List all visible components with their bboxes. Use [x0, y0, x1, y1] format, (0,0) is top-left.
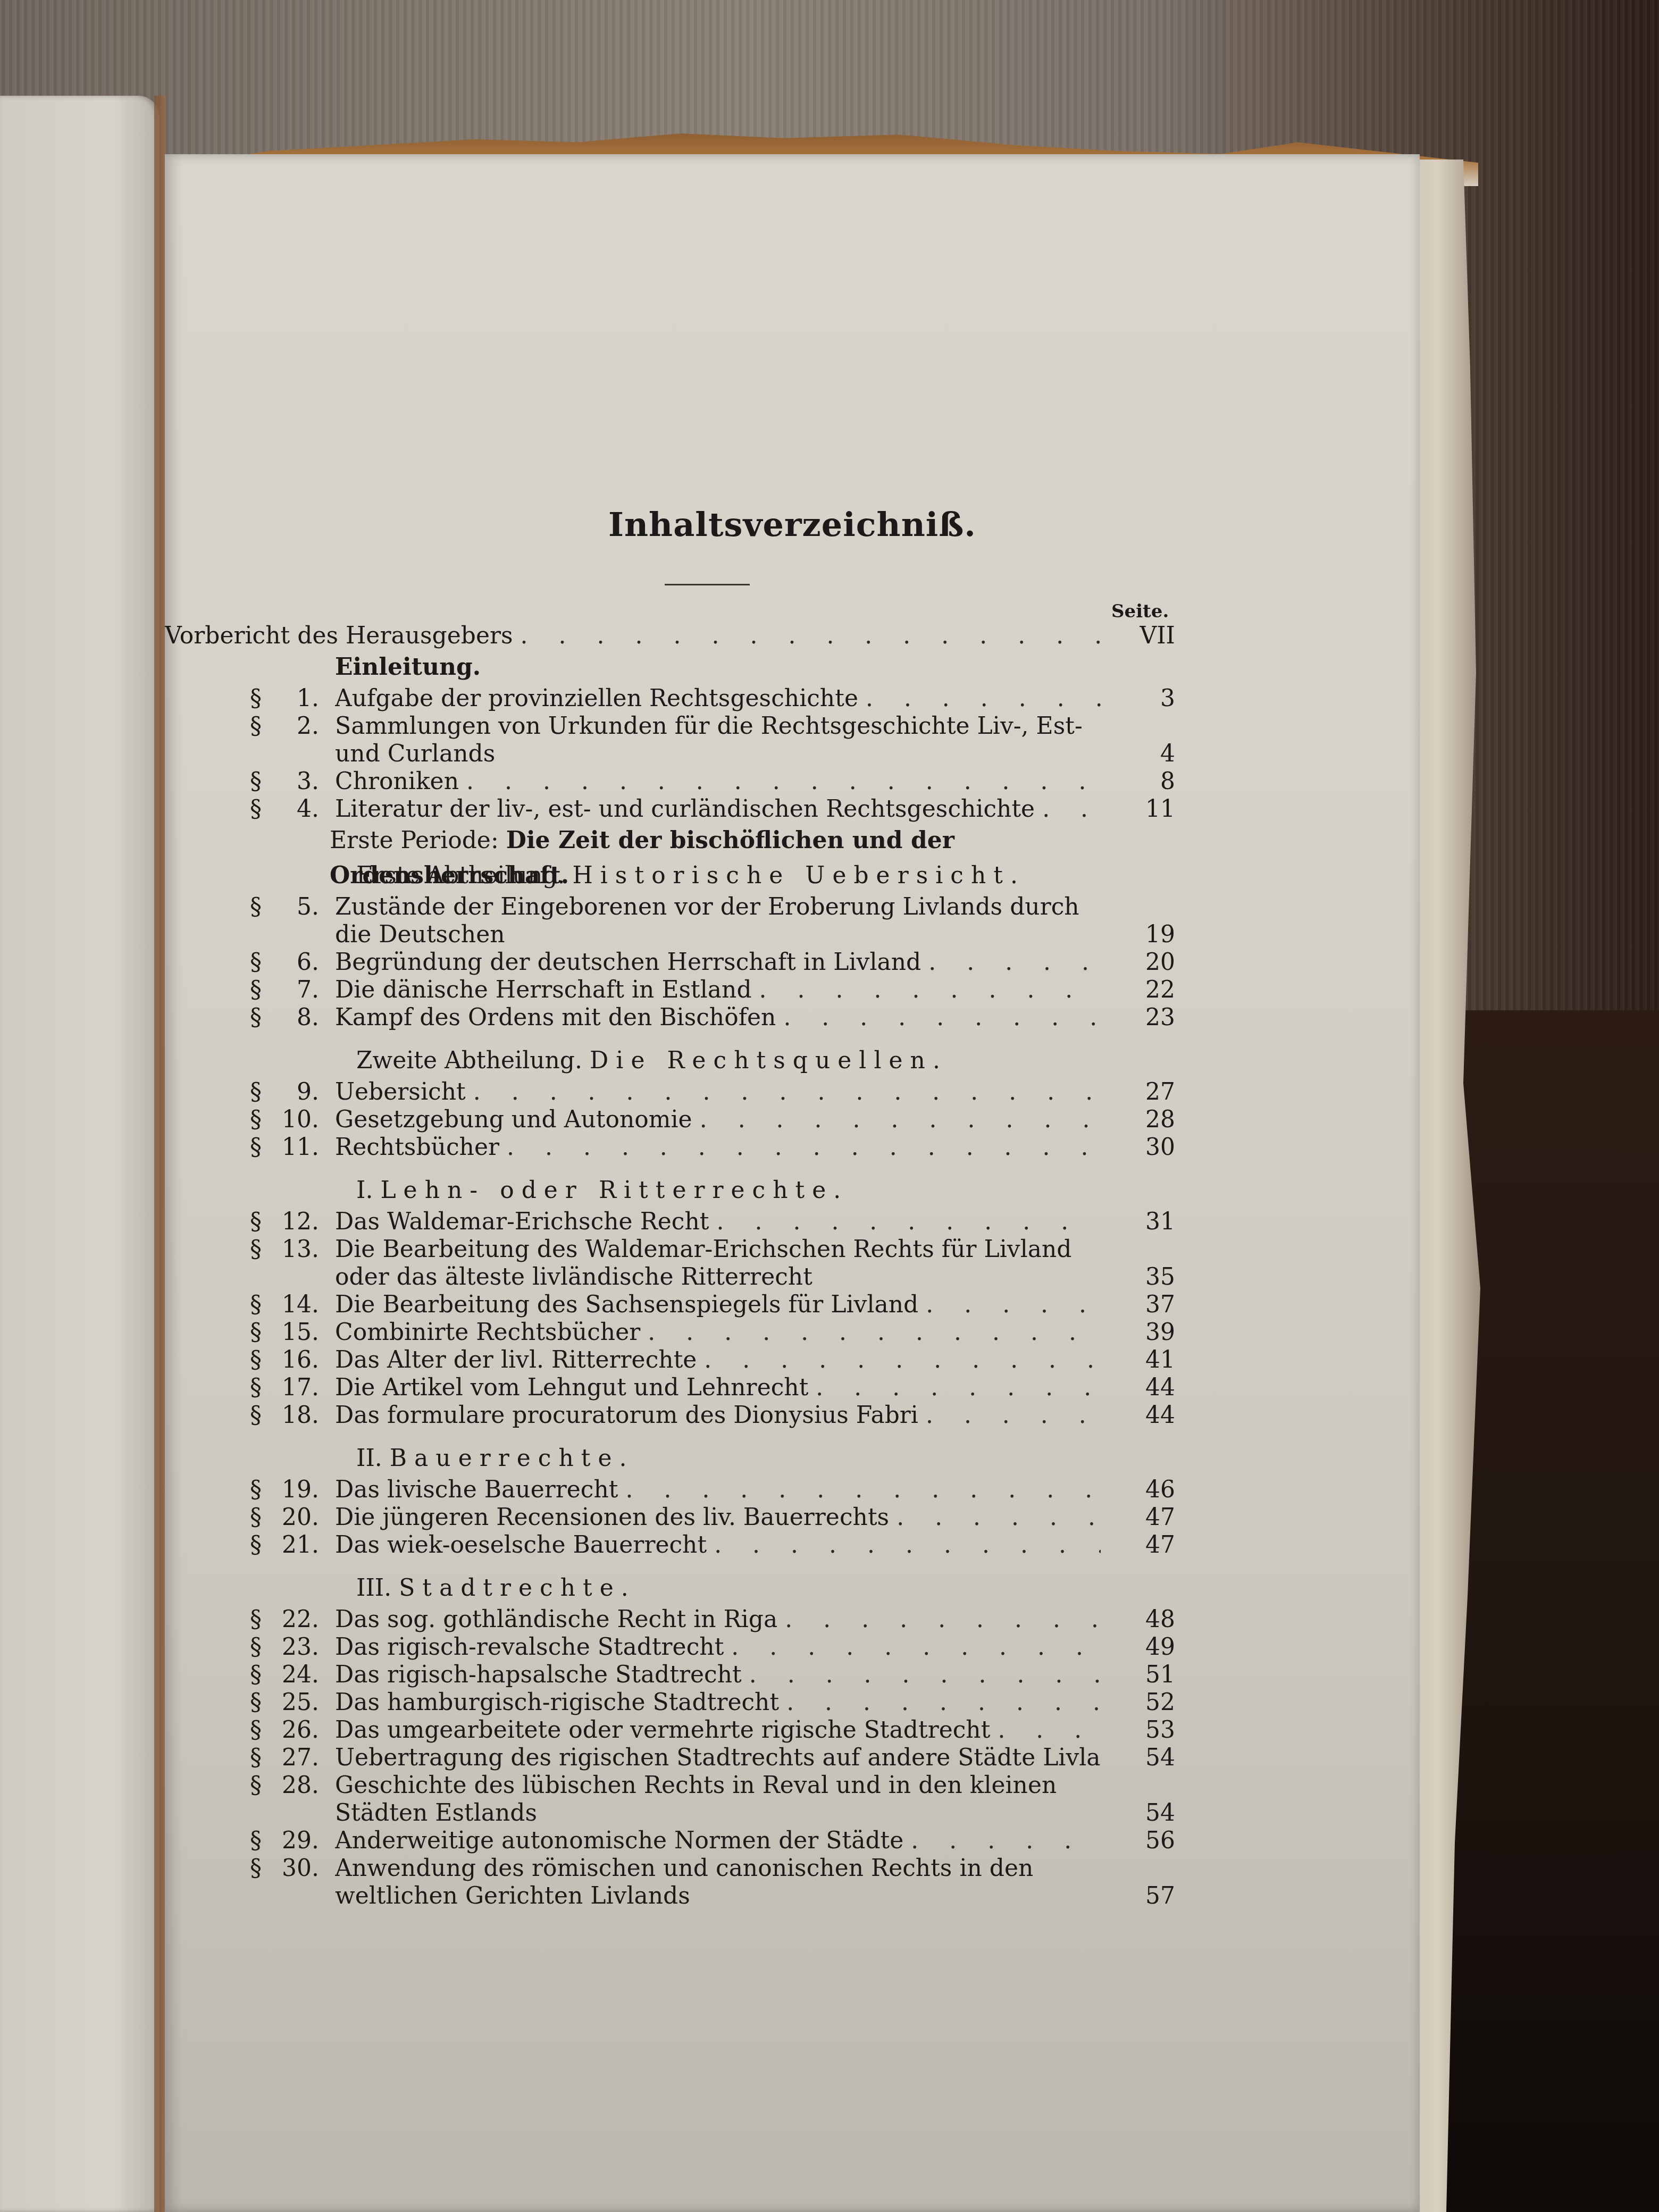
entry-text: Uebertragung des rigischen Stadtrechts a… — [335, 1744, 1101, 1771]
toc-entry[interactable]: § 30. Anwendung des römischen und canoni… — [250, 1855, 1175, 1910]
division-heading-2: Zweite Abtheilung. Die Rechtsquellen. — [250, 1043, 1175, 1078]
entry-page: 28 — [1111, 1106, 1175, 1134]
page-title: Inhaltsverzeichniß. — [165, 505, 1420, 544]
entry-page: VII — [1111, 622, 1175, 650]
entry-page: 4 — [1111, 740, 1175, 768]
group-numeral: II. — [356, 1445, 382, 1472]
entry-text: Zustände der Eingeborenen vor der Erober… — [335, 893, 1101, 949]
dot-leader: . . . . . . . . . . . . . . . . . . . . … — [700, 1106, 1101, 1133]
toc-entry[interactable]: § 6. Begründung der deutschen Herrschaft… — [250, 949, 1175, 976]
toc-entry[interactable]: § 20. Die jüngeren Recensionen des liv. … — [250, 1504, 1175, 1531]
page-column-header: Seite. — [1111, 601, 1169, 622]
entry-page: 54 — [1111, 1799, 1175, 1827]
entry-number: 9. — [271, 1078, 319, 1106]
entry-number: 12. — [271, 1208, 319, 1236]
entry-page: 47 — [1111, 1531, 1175, 1559]
entry-text: Uebersicht — [335, 1078, 466, 1105]
entry-number: 29. — [271, 1827, 319, 1855]
dot-leader: . . . . . . . . . . . . . . . . . . . . … — [759, 976, 1101, 1003]
entry-text: Gesetzgebung und Autonomie — [335, 1106, 692, 1133]
toc-entry[interactable]: § 29. Anderweitige autonomische Normen d… — [250, 1827, 1175, 1855]
entry-text: Das rigisch-revalsche Stadtrecht — [335, 1633, 724, 1661]
toc-entry[interactable]: § 15. Combinirte Rechtsbücher . . . . . … — [250, 1319, 1175, 1346]
group-heading-lehnrechte: I. Lehn- oder Ritterrechte. — [250, 1173, 1175, 1208]
entry-text: Das Alter der livl. Ritterrechte — [335, 1346, 697, 1373]
dot-leader: . . . . . . . . . . . . . . . . . . . . … — [786, 1689, 1101, 1716]
entry-page: 11 — [1111, 795, 1175, 823]
toc-entry[interactable]: § 28. Geschichte des lübischen Rechts in… — [250, 1772, 1175, 1827]
toc-entry[interactable]: § 22. Das sog. gothländische Recht in Ri… — [250, 1606, 1175, 1633]
toc-entry[interactable]: § 26. Das umgearbeitete oder vermehrte r… — [250, 1716, 1175, 1744]
entry-number: 1. — [271, 685, 319, 713]
entry-page: 44 — [1111, 1374, 1175, 1402]
entry-text: Das hamburgisch-rigische Stadtrecht — [335, 1689, 779, 1716]
entry-page: 57 — [1111, 1882, 1175, 1910]
toc-entry[interactable]: § 7. Die dänische Herrschaft in Estland … — [250, 976, 1175, 1004]
entry-text: Das wiek-oeselsche Bauerrecht — [335, 1531, 707, 1559]
entry-page: 41 — [1111, 1346, 1175, 1374]
group-numeral: III. — [356, 1574, 391, 1602]
entry-text: Das formulare procuratorum des Dionysius… — [335, 1402, 918, 1429]
left-page-verso — [0, 96, 160, 2212]
entry-page: 3 — [1111, 685, 1175, 713]
entry-number: 11. — [271, 1134, 319, 1161]
toc-entry[interactable]: § 19. Das livische Bauerrecht . . . . . … — [250, 1476, 1175, 1504]
entry-page: 44 — [1111, 1402, 1175, 1429]
entry-number: 19. — [271, 1476, 319, 1504]
entry-page: 31 — [1111, 1208, 1175, 1236]
entry-number: 15. — [271, 1319, 319, 1346]
entry-number: 3. — [271, 768, 319, 795]
entry-text: Die Bearbeitung des Sachsenspiegels für … — [335, 1291, 918, 1318]
entry-text: Die dänische Herrschaft in Estland — [335, 976, 752, 1003]
group-title: Stadtrechte. — [399, 1574, 636, 1602]
toc-entry[interactable]: § 9. Uebersicht . . . . . . . . . . . . … — [250, 1078, 1175, 1106]
period-heading: Erste Periode: Die Zeit der bischöfliche… — [250, 823, 1175, 858]
dot-leader: . . . . . . . . . . . . . . . . . . . . … — [866, 685, 1101, 712]
entry-text: Anderweitige autonomische Normen der Stä… — [335, 1827, 903, 1854]
book-page: Inhaltsverzeichniß. Seite. Vorbericht de… — [165, 154, 1420, 2212]
entry-page: 49 — [1111, 1633, 1175, 1661]
group-title: Lehn- oder Ritterrechte. — [380, 1177, 848, 1204]
dot-leader: . . . . . . . . . . . . . . . . . . . . … — [731, 1633, 1101, 1661]
dot-leader: . . . . . . . . . . . . . . . . . . . . … — [998, 1716, 1101, 1744]
dot-leader: . . . . . . . . . . . . . . . . . . . . … — [1042, 795, 1101, 823]
division-title: Historische Uebersicht. — [572, 862, 1025, 889]
entry-page: 46 — [1111, 1476, 1175, 1504]
entry-text: Das rigisch-hapsalsche Stadtrecht — [335, 1661, 742, 1688]
division-title: Die Rechtsquellen. — [590, 1047, 948, 1074]
entry-text: Combinirte Rechtsbücher — [335, 1319, 640, 1346]
entry-number: 25. — [271, 1689, 319, 1716]
dot-leader: . . . . . . . . . . . . . . . . . . . . … — [507, 1134, 1101, 1161]
entry-number: 21. — [271, 1531, 319, 1559]
entry-number: 13. — [271, 1236, 319, 1263]
entry-number: 20. — [271, 1504, 319, 1531]
entry-page: 53 — [1111, 1716, 1175, 1744]
section-heading-einleitung: Einleitung. — [250, 650, 1175, 685]
entry-page: 20 — [1111, 949, 1175, 976]
dot-leader: . . . . . . . . . . . . . . . . . . . . … — [714, 1531, 1101, 1559]
toc-entry[interactable]: § 16. Das Alter der livl. Ritterrechte .… — [250, 1346, 1175, 1374]
dot-leader: . . . . . . . . . . . . . . . . . . . . … — [896, 1504, 1101, 1531]
entry-page: 39 — [1111, 1319, 1175, 1346]
entry-number: 30. — [271, 1855, 319, 1882]
entry-number: 2. — [271, 713, 319, 740]
dot-leader: . . . . . . . . . . . . . . . . . . . . … — [783, 1004, 1101, 1031]
dot-leader: . . . . . . . . . . . . . . . . . . . . … — [928, 949, 1101, 976]
entry-number: 6. — [271, 949, 319, 976]
entry-text: Aufgabe der provinziellen Rechtsgeschich… — [335, 685, 858, 712]
title-rule — [665, 584, 750, 585]
entry-page: 8 — [1111, 768, 1175, 795]
entry-page: 51 — [1111, 1661, 1175, 1689]
dot-leader: . . . . . . . . . . . . . . . . . . . . … — [473, 1078, 1101, 1105]
division-heading-1: Erste Abtheilung. Historische Uebersicht… — [250, 858, 1175, 893]
entry-number: 7. — [271, 976, 319, 1004]
entry-page: 37 — [1111, 1291, 1175, 1319]
entry-text: Das Waldemar-Erichsche Recht — [335, 1208, 709, 1235]
toc-entry[interactable]: § 24. Das rigisch-hapsalsche Stadtrecht … — [250, 1661, 1175, 1689]
toc-entry[interactable]: § 10. Gesetzgebung und Autonomie . . . .… — [250, 1106, 1175, 1134]
toc-entry-vorbericht[interactable]: Vorbericht des Herausgebers . . . . . . … — [165, 622, 1175, 650]
entry-page: 23 — [1111, 1004, 1175, 1032]
dot-leader: . . . . . . . . . . . . . . . . . . . . … — [911, 1827, 1101, 1854]
toc-list: Vorbericht des Herausgebers . . . . . . … — [250, 622, 1175, 1910]
toc-entry[interactable]: § 14. Die Bearbeitung des Sachsenspiegel… — [250, 1291, 1175, 1319]
entry-text: Geschichte des lübischen Rechts in Reval… — [335, 1772, 1101, 1827]
entry-number: 28. — [271, 1772, 319, 1799]
entry-page: 35 — [1111, 1263, 1175, 1291]
toc-entry[interactable]: § 21. Das wiek-oeselsche Bauerrecht . . … — [250, 1531, 1175, 1559]
entry-text: Das sog. gothländische Recht in Riga — [335, 1606, 777, 1633]
entry-text: Kampf des Ordens mit den Bischöfen — [335, 1004, 776, 1031]
toc-entry[interactable]: § 2. Sammlungen von Urkunden für die Rec… — [250, 713, 1175, 768]
toc-entry[interactable]: § 12. Das Waldemar-Erichsche Recht . . .… — [250, 1208, 1175, 1236]
entry-text: Rechtsbücher — [335, 1134, 499, 1161]
dot-leader: . . . . . . . . . . . . . . . . . . . . … — [716, 1208, 1101, 1235]
entry-number: 18. — [271, 1402, 319, 1429]
entry-number: 22. — [271, 1606, 319, 1633]
table-of-contents: Inhaltsverzeichniß. Seite. Vorbericht de… — [165, 154, 1420, 2212]
entry-number: 17. — [271, 1374, 319, 1402]
entry-text: Begründung der deutschen Herrschaft in L… — [335, 949, 921, 976]
toc-entry[interactable]: § 3. Chroniken . . . . . . . . . . . . .… — [250, 768, 1175, 795]
entry-number: 27. — [271, 1744, 319, 1772]
entry-text: Chroniken — [335, 768, 459, 795]
period-label: Erste Periode: — [330, 827, 499, 854]
toc-entry[interactable]: § 23. Das rigisch-revalsche Stadtrecht .… — [250, 1633, 1175, 1661]
dot-leader: . . . . . . . . . . . . . . . . . . . . … — [816, 1374, 1101, 1401]
entry-text: Das livische Bauerrecht — [335, 1476, 618, 1503]
group-heading-stadtrechte: III. Stadtrechte. — [250, 1571, 1175, 1606]
division-label: Erste Abtheilung. — [356, 862, 565, 889]
dot-leader: . . . . . . . . . . . . . . . . . . . . … — [648, 1319, 1101, 1346]
entry-number: 4. — [271, 795, 319, 823]
left-page-edge — [154, 96, 166, 2212]
entry-text: Literatur der liv-, est- und curländisch… — [335, 795, 1035, 823]
toc-entry[interactable]: § 4. Literatur der liv-, est- und curlän… — [250, 795, 1175, 823]
group-title: Bauerrechte. — [390, 1445, 634, 1472]
entry-number: 8. — [271, 1004, 319, 1032]
entry-page: 47 — [1111, 1504, 1175, 1531]
entry-number: 26. — [271, 1716, 319, 1744]
toc-entry[interactable]: § 27. Uebertragung des rigischen Stadtre… — [250, 1744, 1175, 1772]
entry-number: 16. — [271, 1346, 319, 1374]
toc-entry[interactable]: § 11. Rechtsbücher . . . . . . . . . . .… — [250, 1134, 1175, 1161]
group-heading-bauerrechte: II. Bauerrechte. — [250, 1441, 1175, 1476]
toc-entry[interactable]: § 18. Das formulare procuratorum des Dio… — [250, 1402, 1175, 1429]
dot-leader: . . . . . . . . . . . . . . . . . . . . … — [926, 1402, 1101, 1429]
entry-text: Das umgearbeitete oder vermehrte rigisch… — [335, 1716, 990, 1744]
dot-leader: . . . . . . . . . . . . . . . . . . . . … — [625, 1476, 1101, 1503]
entry-number: 14. — [271, 1291, 319, 1319]
entry-page: 27 — [1111, 1078, 1175, 1106]
dot-leader: . . . . . . . . . . . . . . . . . . . . … — [785, 1606, 1101, 1633]
toc-entry[interactable]: § 13. Die Bearbeitung des Waldemar-Erich… — [250, 1236, 1175, 1291]
group-numeral: I. — [356, 1177, 373, 1204]
entry-text: Vorbericht des Herausgebers — [165, 622, 513, 649]
entry-text: Die jüngeren Recensionen des liv. Bauerr… — [335, 1504, 889, 1531]
entry-page: 52 — [1111, 1689, 1175, 1716]
entry-number: 23. — [271, 1633, 319, 1661]
toc-entry[interactable]: § 5. Zustände der Eingeborenen vor der E… — [250, 893, 1175, 949]
entry-text: Sammlungen von Urkunden für die Rechtsge… — [335, 713, 1101, 768]
entry-text: Die Bearbeitung des Waldemar-Erichschen … — [335, 1236, 1101, 1291]
entry-page: 56 — [1111, 1827, 1175, 1855]
toc-entry[interactable]: § 17. Die Artikel vom Lehngut und Lehnre… — [250, 1374, 1175, 1402]
entry-page: 22 — [1111, 976, 1175, 1004]
entry-number: 10. — [271, 1106, 319, 1134]
dot-leader: . . . . . . . . . . . . . . . . . . . . … — [926, 1291, 1101, 1318]
entry-page: 54 — [1111, 1744, 1175, 1772]
dot-leader: . . . . . . . . . . . . . . . . . . . . … — [749, 1661, 1101, 1688]
entry-number: 5. — [271, 893, 319, 921]
toc-entry[interactable]: § 1. Aufgabe der provinziellen Rechtsges… — [250, 685, 1175, 713]
entry-page: 48 — [1111, 1606, 1175, 1633]
dot-leader: . . . . . . . . . . . . . . . . . . . . … — [704, 1346, 1101, 1373]
entry-text: Die Artikel vom Lehngut und Lehnrecht — [335, 1374, 808, 1401]
entry-text: Anwendung des römischen und canonischen … — [335, 1855, 1101, 1910]
entry-number: 24. — [271, 1661, 319, 1689]
dot-leader: . . . . . . . . . . . . . . . . . . . . … — [466, 768, 1101, 795]
dot-leader: . . . . . . . . . . . . . . . . . . . . … — [521, 622, 1101, 649]
toc-entry[interactable]: § 8. Kampf des Ordens mit den Bischöfen … — [250, 1004, 1175, 1032]
entry-page: 19 — [1111, 921, 1175, 949]
division-label: Zweite Abtheilung. — [356, 1047, 582, 1074]
toc-entry[interactable]: § 25. Das hamburgisch-rigische Stadtrech… — [250, 1689, 1175, 1716]
entry-page: 30 — [1111, 1134, 1175, 1161]
